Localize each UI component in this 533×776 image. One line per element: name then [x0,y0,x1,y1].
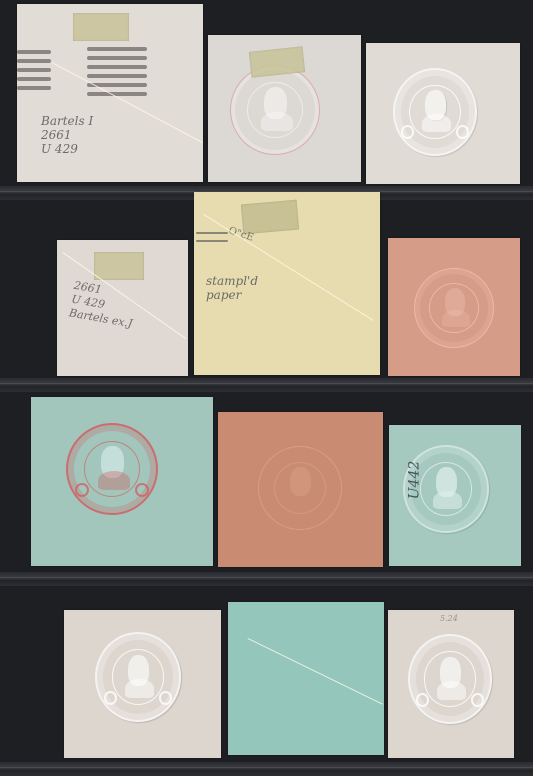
stamp-r1c2 [208,35,361,182]
pencil-notation: Bartels I 2661 U 429 [41,114,93,156]
stamp-r1c3 [366,43,520,184]
stamp-r4c3: 5.24 [388,610,514,758]
embossed-indicium [414,268,494,348]
stamp-r3c1 [31,397,213,566]
paper-crease [248,638,383,705]
stamp-r4c1 [64,610,221,758]
stamp-r1c1: Bartels I 2661 U 429 [17,4,203,182]
partial-cancel [196,232,228,247]
stamp-r3c3: U442 [389,425,521,566]
duplex-cancel-bars [87,47,147,101]
stamp-r3c2 [218,412,383,567]
pencil-notation: 5.24 [440,612,458,626]
stamp-r2c2: O"cE stampl'd paper [194,192,380,375]
stamp-r4c2 [228,602,384,755]
stamp-hinge [241,200,299,235]
stamp-hinge [73,13,129,41]
embossed-indicium [393,68,477,156]
album-strip-3 [0,572,533,586]
embossed-indicium [230,65,320,155]
album-strip-4 [0,762,533,776]
pencil-notation: stampl'd paper [206,274,258,302]
pencil-notation: 2661 U 429 Bartels ex.J [68,279,138,331]
pencil-notation: U442 [407,461,421,500]
embossed-indicium [95,632,181,722]
stamp-hinge [94,252,144,280]
stamp-r2c1: 2661 U 429 Bartels ex.J [57,240,188,376]
embossed-indicium [66,423,158,515]
stamp-r2c3 [388,238,520,376]
duplex-cancel-left [17,50,51,95]
embossed-indicium [408,634,492,724]
album-strip-2 [0,378,533,392]
embossed-indicium [258,446,342,530]
